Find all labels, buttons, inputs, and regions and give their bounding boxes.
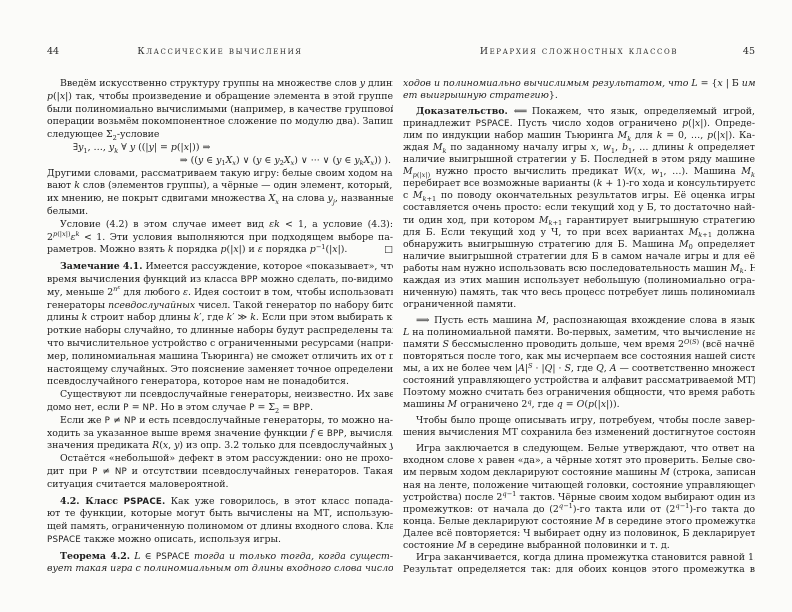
text-line: Теорема 4.2. L ∈ PSPACE тогда и только т…	[47, 551, 393, 564]
text-line: им первым ходом декларируют состояние ма…	[403, 467, 755, 479]
text-line: входном слове x равен «да», а чёрные хот…	[403, 455, 755, 467]
text-line: состояний управляющего устройства и алфа…	[403, 375, 755, 387]
text-line: ограниченной памяти.	[403, 299, 755, 311]
text-line: устройства) после 2q−1 тактов. Чёрные св…	[403, 492, 755, 504]
text-line: ходов и полиномиально вычислимым результ…	[403, 78, 755, 90]
text-line: что вычислительное устройство с ограниче…	[47, 338, 393, 351]
text-line: 2p(|x|)εk < 1. Эти условия выполняются п…	[47, 232, 393, 245]
text-line: вует такая игра с полиномиальным от длин…	[47, 563, 393, 576]
text-line: раметров. Можно взять k порядка p(|x|) и…	[47, 244, 393, 257]
text-line: наличие выигрышной стратегии у Б. Послед…	[403, 154, 755, 166]
text-column-right: ходов и полиномиально вычислимым результ…	[403, 78, 755, 576]
text-line: каждая из этих машин использует небольшу…	[403, 275, 755, 287]
text-line: принадлежит PSPACE. Пусть число ходов ог…	[403, 118, 755, 130]
text-line: Далее всё повторяется: Ч выбирает одну и…	[403, 528, 755, 540]
text-line: домо нет, если P = NP. Но в этом случае …	[47, 402, 393, 415]
text-line: перебирает все возможные варианты (k + 1…	[403, 178, 755, 190]
text-line: ет выигрышную стратегию}.	[403, 90, 755, 102]
text-line: дит при P ≠ NP и отсутствии псевдослучай…	[47, 466, 393, 479]
text-line: ниченную) память, так что весь процесс п…	[403, 287, 755, 299]
text-line: следующее Σ2-условие	[47, 129, 393, 142]
text-line: генераторы псевдослучайных чисел. Такой …	[47, 300, 393, 313]
text-line: 4.2. Класс PSPACE. Как уже говорилось, в…	[47, 496, 393, 509]
text-line: ждая Mk по заданному началу игры x, w1, …	[403, 142, 755, 154]
text-line: ходить за указанное выше время значение …	[47, 428, 393, 441]
text-line: операции возьмём покомпонентное сложение…	[47, 116, 393, 129]
text-column-left: Введём искусственно структуру группы на …	[47, 78, 393, 576]
text-line: шения вычисления МТ сохранила без измене…	[403, 427, 755, 439]
text-line: памяти S бессмысленно проводить дольше, …	[403, 339, 755, 351]
text-line: Условие (4.2) в этом случае имеет вид εk…	[47, 219, 393, 232]
text-line: для Б. Если текущий ход у Ч, то при всех…	[403, 227, 755, 239]
text-line: щей память, ограниченную полиномом от дл…	[47, 521, 393, 534]
text-line: ⟹ Пусть есть машина M, распознающая вхож…	[403, 315, 755, 327]
text-line: длины k строит набор длины k′, где k′ ≫ …	[47, 312, 393, 325]
text-line: работы нам нужно использовать всю послед…	[403, 263, 755, 275]
text-line: му, меньше 2nε для любого ε. Идея состои…	[47, 287, 393, 300]
text-line: ти один ход, при котором Mk+1 гарантируе…	[403, 215, 755, 227]
text-line: белыми.	[47, 206, 393, 219]
text-line: Замечание 4.1. Имеется рассуждение, кото…	[47, 261, 393, 274]
text-line: время вычисления функций из класса BPP м…	[47, 274, 393, 287]
running-header-right: Иерархия сложностных классов 45	[403, 46, 755, 58]
text-line: L на полиномиальной памяти. Во-первых, з…	[403, 327, 755, 339]
running-head-left: Классические вычисления	[81, 46, 359, 57]
running-header-left: 44 Классические вычисления	[47, 46, 393, 58]
text-line: Другими словами, рассматриваем такую игр…	[47, 168, 393, 181]
text-line: мы, а их не более чем |A|S · |Q| · S, гд…	[403, 363, 755, 375]
page-number-right: 45	[721, 46, 755, 57]
text-line: конца. Белые декларируют состояние M в с…	[403, 516, 755, 528]
text-line: значения предиката R(x, y) из опр. 3.2 т…	[47, 440, 393, 453]
text-line: Остаётся «небольшой» дефект в этом рассу…	[47, 453, 393, 466]
text-line: наличие выигрышной стратегии для Б в сам…	[403, 251, 755, 263]
text-line: ситуация считается маловероятной.	[47, 479, 393, 492]
text-line: повторяться после того, как мы исчерпаем…	[403, 351, 755, 363]
text-line: Существуют ли псевдослучайные генераторы…	[47, 389, 393, 402]
text-line: промежутков: от начала до (2q−1)-го такт…	[403, 504, 755, 516]
text-line: p(|x|) так, чтобы произведение и обращен…	[47, 91, 393, 104]
text-line: вают k слов (элементов группы), а чёрные…	[47, 180, 393, 193]
text-line: ∃y1, …, yk ∀ y ((|y| = p(|x|)) ⇒	[47, 142, 393, 155]
text-line: роткие наборы случайно, то длинные набор…	[47, 325, 393, 338]
text-line: Игра заканчивается, когда длина промежут…	[403, 552, 755, 564]
text-line: ная на ленте, положение читающей головки…	[403, 480, 755, 492]
book-spread: 44 Классические вычисления Введём искусс…	[0, 0, 792, 612]
text-line: лим по индукции набор машин Тьюринга Mk …	[403, 130, 755, 142]
text-line: Если же P ≠ NP и есть псевдослучайные ге…	[47, 415, 393, 428]
text-line: мер, полиномиальная машина Тьюринга) не …	[47, 351, 393, 364]
text-line: с Mk+1 по поводу окончательных результат…	[403, 190, 755, 202]
text-line: Доказательство. ⟸ Покажем, что язык, опр…	[403, 106, 755, 118]
text-line: PSPACE также можно описать, используя иг…	[47, 534, 393, 547]
text-line: Результат определяется так: для обоих ко…	[403, 564, 755, 576]
text-line: настоящему случайных. Это пояснение заме…	[47, 364, 393, 377]
text-line: Mp(|x|) нужно просто вычислить предикат …	[403, 166, 755, 178]
running-head-right: Иерархия сложностных классов	[437, 46, 721, 57]
text-line: обнаружить выигрышную стратегию для Б. М…	[403, 239, 755, 251]
text-line: состояние M в середине выбранной половин…	[403, 540, 755, 552]
text-line: Поэтому можно считать без ограничения об…	[403, 387, 755, 399]
text-line: Введём искусственно структуру группы на …	[47, 78, 393, 91]
text-line: составляется очень просто: если текущий …	[403, 202, 755, 214]
text-line: Чтобы было проще описывать игру, потребу…	[403, 415, 755, 427]
page-number-left: 44	[47, 46, 81, 57]
text-line: были полиномиально вычислимыми (например…	[47, 104, 393, 117]
text-line: псевдослучайного генератора, которое нам…	[47, 376, 393, 389]
page-right: Иерархия сложностных классов 45 ходов и …	[403, 46, 755, 576]
text-line: Игра заключается в следующем. Белые утве…	[403, 443, 755, 455]
text-line: их мнению, не покрыт сдвигами множества …	[47, 193, 393, 206]
text-line: ют те функции, которые могут быть вычисл…	[47, 508, 393, 521]
text-line: машины M ограничено 2q, где q = O(p(|x|)…	[403, 399, 755, 411]
text-line: ⇒ ((y ∈ y1Xx) ∨ (y ∈ y2Xx) ∨ ··· ∨ (y ∈ …	[47, 155, 393, 168]
page-left: 44 Классические вычисления Введём искусс…	[47, 46, 393, 576]
